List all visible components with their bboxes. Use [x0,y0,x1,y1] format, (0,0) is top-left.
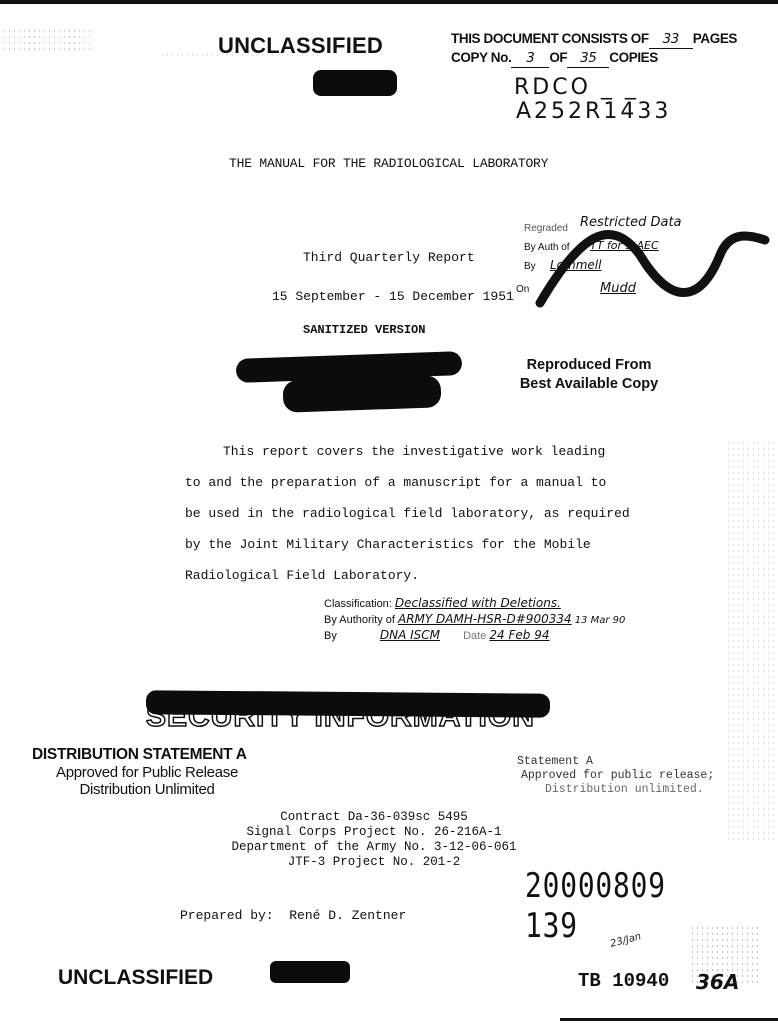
contract-line: Signal Corps Project No. 26-216A-1 [214,825,534,840]
tb-number: TB 10940 [578,970,669,992]
copy-info-suffix: PAGES [693,31,737,46]
regrade-stamp: Regraded By Auth of By On Restricted Dat… [520,215,770,305]
distribution-line1: Approved for Public Release [32,764,262,781]
distribution-line2: Distribution Unlimited [32,781,262,798]
scan-noise [2,28,92,52]
abstract-line: This report covers the investigative wor… [185,436,630,467]
classification-label: Classification: [324,598,392,610]
abstract-line: Radiological Field Laboratory. [185,560,630,591]
reproduced-note: Reproduced From Best Available Copy [514,356,664,394]
authority-label: By Authority of [324,614,395,626]
copy-number: 3 [511,50,549,68]
report-subtitle: Third Quarterly Report [303,250,475,265]
accession-number: A252R1433 [516,100,671,124]
classification-top: UNCLASSIFIED [218,33,383,59]
prepared-by-label: Prepared by: [180,908,274,923]
authority-date: 13 Mar 90 [575,615,626,626]
declassification-stamp: Classification: Declassified with Deleti… [324,596,625,644]
author-name: René D. Zentner [289,908,406,923]
copies-label: COPIES [609,50,658,65]
distribution-statement: DISTRIBUTION STATEMENT A Approved for Pu… [32,746,272,798]
document-title: THE MANUAL FOR THE RADIOLOGICAL LABORATO… [229,156,548,171]
reproduced-line2: Best Available Copy [514,375,664,394]
scribble-strikeout-icon [520,215,770,310]
page-bottom-edge [560,1018,778,1021]
declass-by-label: By [324,630,337,642]
redaction-block [146,690,550,718]
redaction-block [270,961,350,983]
abstract-line: to and the preparation of a manuscript f… [185,467,630,498]
reproduced-line1: Reproduced From [514,356,664,375]
rdco-line: RDCO _ _ [514,76,639,100]
abstract-line: by the Joint Military Characteristics fo… [185,529,630,560]
prepared-by: Prepared by: René D. Zentner [180,908,406,923]
declass-date-label: Date [463,630,486,642]
page-top-edge [0,0,778,4]
distribution-title: DISTRIBUTION STATEMENT A [32,746,272,764]
copies-count: 35 [567,50,609,68]
abstract-paragraph: This report covers the investigative wor… [185,436,630,591]
copy-no-label: COPY No. [451,50,511,65]
copy-of-label: OF [549,50,567,65]
classification-value: Declassified with Deletions. [395,596,561,610]
contract-line: JTF-3 Project No. 201-2 [214,855,534,870]
date-range: 15 September - 15 December 1951 [272,289,514,304]
statement-a-line2: Approved for public release; [517,769,714,783]
handwritten-mark: 36A [696,970,739,994]
statement-a-line1: Statement A [517,755,714,769]
contract-line: Department of the Army No. 3-12-06-061 [214,840,534,855]
version-label: SANITIZED VERSION [303,323,425,337]
scan-noise [726,440,776,840]
statement-a-stamp: Statement A Approved for public release;… [517,755,714,797]
contract-line: Contract Da-36-039sc 5495 [214,810,534,825]
copy-info: THIS DOCUMENT CONSISTS OF33PAGES COPY No… [451,30,737,68]
authority-value: ARMY DAMH-HSR-D#900334 [398,612,572,626]
page-count: 33 [649,31,693,49]
copy-info-prefix: THIS DOCUMENT CONSISTS OF [451,31,649,46]
declass-date-value: 24 Feb 94 [489,628,549,642]
declass-by-value: DNA ISCM [380,628,440,642]
redaction-block [313,70,397,96]
statement-a-line3: Distribution unlimited. [517,783,714,797]
abstract-line: be used in the radiological field labora… [185,498,630,529]
contract-info: Contract Da-36-039sc 5495 Signal Corps P… [214,810,534,870]
classification-bottom: UNCLASSIFIED [58,966,213,990]
redaction-block [282,375,441,412]
